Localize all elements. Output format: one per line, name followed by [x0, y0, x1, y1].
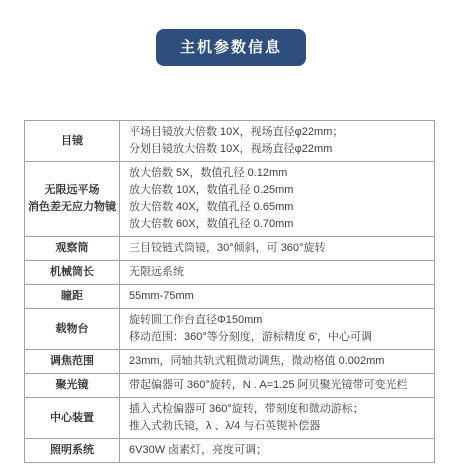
spec-label: 中心装置 [25, 398, 120, 439]
table-row: 照明系统 6V30W 卤素灯，亮度可调； [25, 439, 435, 463]
spec-label: 照明系统 [25, 439, 120, 463]
table-row: 中心装置 插入式检偏器可 360°旋转，带刻度和微动游标； 推入式勃氏镜，λ 、… [25, 398, 435, 439]
spec-label: 瞳距 [25, 285, 120, 309]
spec-label: 目镜 [25, 121, 120, 162]
spec-label: 调焦范围 [25, 350, 120, 374]
spec-label: 机械筒长 [25, 261, 120, 285]
spec-value: 插入式检偏器可 360°旋转，带刻度和微动游标； 推入式勃氏镜，λ 、λ/4 与… [120, 398, 435, 439]
spec-value: 带起偏器可 360°旋转，N . A=1.25 阿贝聚光镜带可变光栏 [120, 374, 435, 398]
section-title-badge: 主机参数信息 [156, 29, 306, 66]
table-row: 调焦范围 23mm，同轴共轨式粗微动调焦，微动格值 0.002mm [25, 350, 435, 374]
table-row: 机械筒长 无限远系统 [25, 261, 435, 285]
table-row: 瞳距 55mm-75mm [25, 285, 435, 309]
table-row: 观察筒 三目铰链式筒镜，30°倾斜，可 360°旋转 [25, 237, 435, 261]
spec-label: 聚光镜 [25, 374, 120, 398]
spec-value: 三目铰链式筒镜，30°倾斜，可 360°旋转 [120, 237, 435, 261]
spec-label: 无限远平场 消色差无应力物镜 [25, 162, 120, 237]
table-row: 目镜 平场目镜放大倍数 10X，视场直径φ22mm； 分划目镜放大倍数 10X，… [25, 121, 435, 162]
spec-value: 6V30W 卤素灯，亮度可调； [120, 439, 435, 463]
spec-value: 旋转圆工作台直径Φ150mm 移动范围：360°等分刻度，游标精度 6'，中心可… [120, 309, 435, 350]
table-row: 聚光镜 带起偏器可 360°旋转，N . A=1.25 阿贝聚光镜带可变光栏 [25, 374, 435, 398]
spec-value: 55mm-75mm [120, 285, 435, 309]
spec-value: 无限远系统 [120, 261, 435, 285]
table-row: 无限远平场 消色差无应力物镜 放大倍数 5X，数值孔径 0.12mm 放大倍数 … [25, 162, 435, 237]
spec-value: 放大倍数 5X，数值孔径 0.12mm 放大倍数 10X，数值孔径 0.25mm… [120, 162, 435, 237]
table-row: 载物台 旋转圆工作台直径Φ150mm 移动范围：360°等分刻度，游标精度 6'… [25, 309, 435, 350]
page-title: 主机参数信息 [180, 39, 282, 56]
spec-label: 观察筒 [25, 237, 120, 261]
spec-table: 目镜 平场目镜放大倍数 10X，视场直径φ22mm； 分划目镜放大倍数 10X，… [24, 120, 435, 463]
spec-value: 23mm，同轴共轨式粗微动调焦，微动格值 0.002mm [120, 350, 435, 374]
spec-value: 平场目镜放大倍数 10X，视场直径φ22mm； 分划目镜放大倍数 10X，视场直… [120, 121, 435, 162]
page: 主机参数信息 目镜 平场目镜放大倍数 10X，视场直径φ22mm； 分划目镜放大… [0, 0, 462, 472]
spec-label: 载物台 [25, 309, 120, 350]
